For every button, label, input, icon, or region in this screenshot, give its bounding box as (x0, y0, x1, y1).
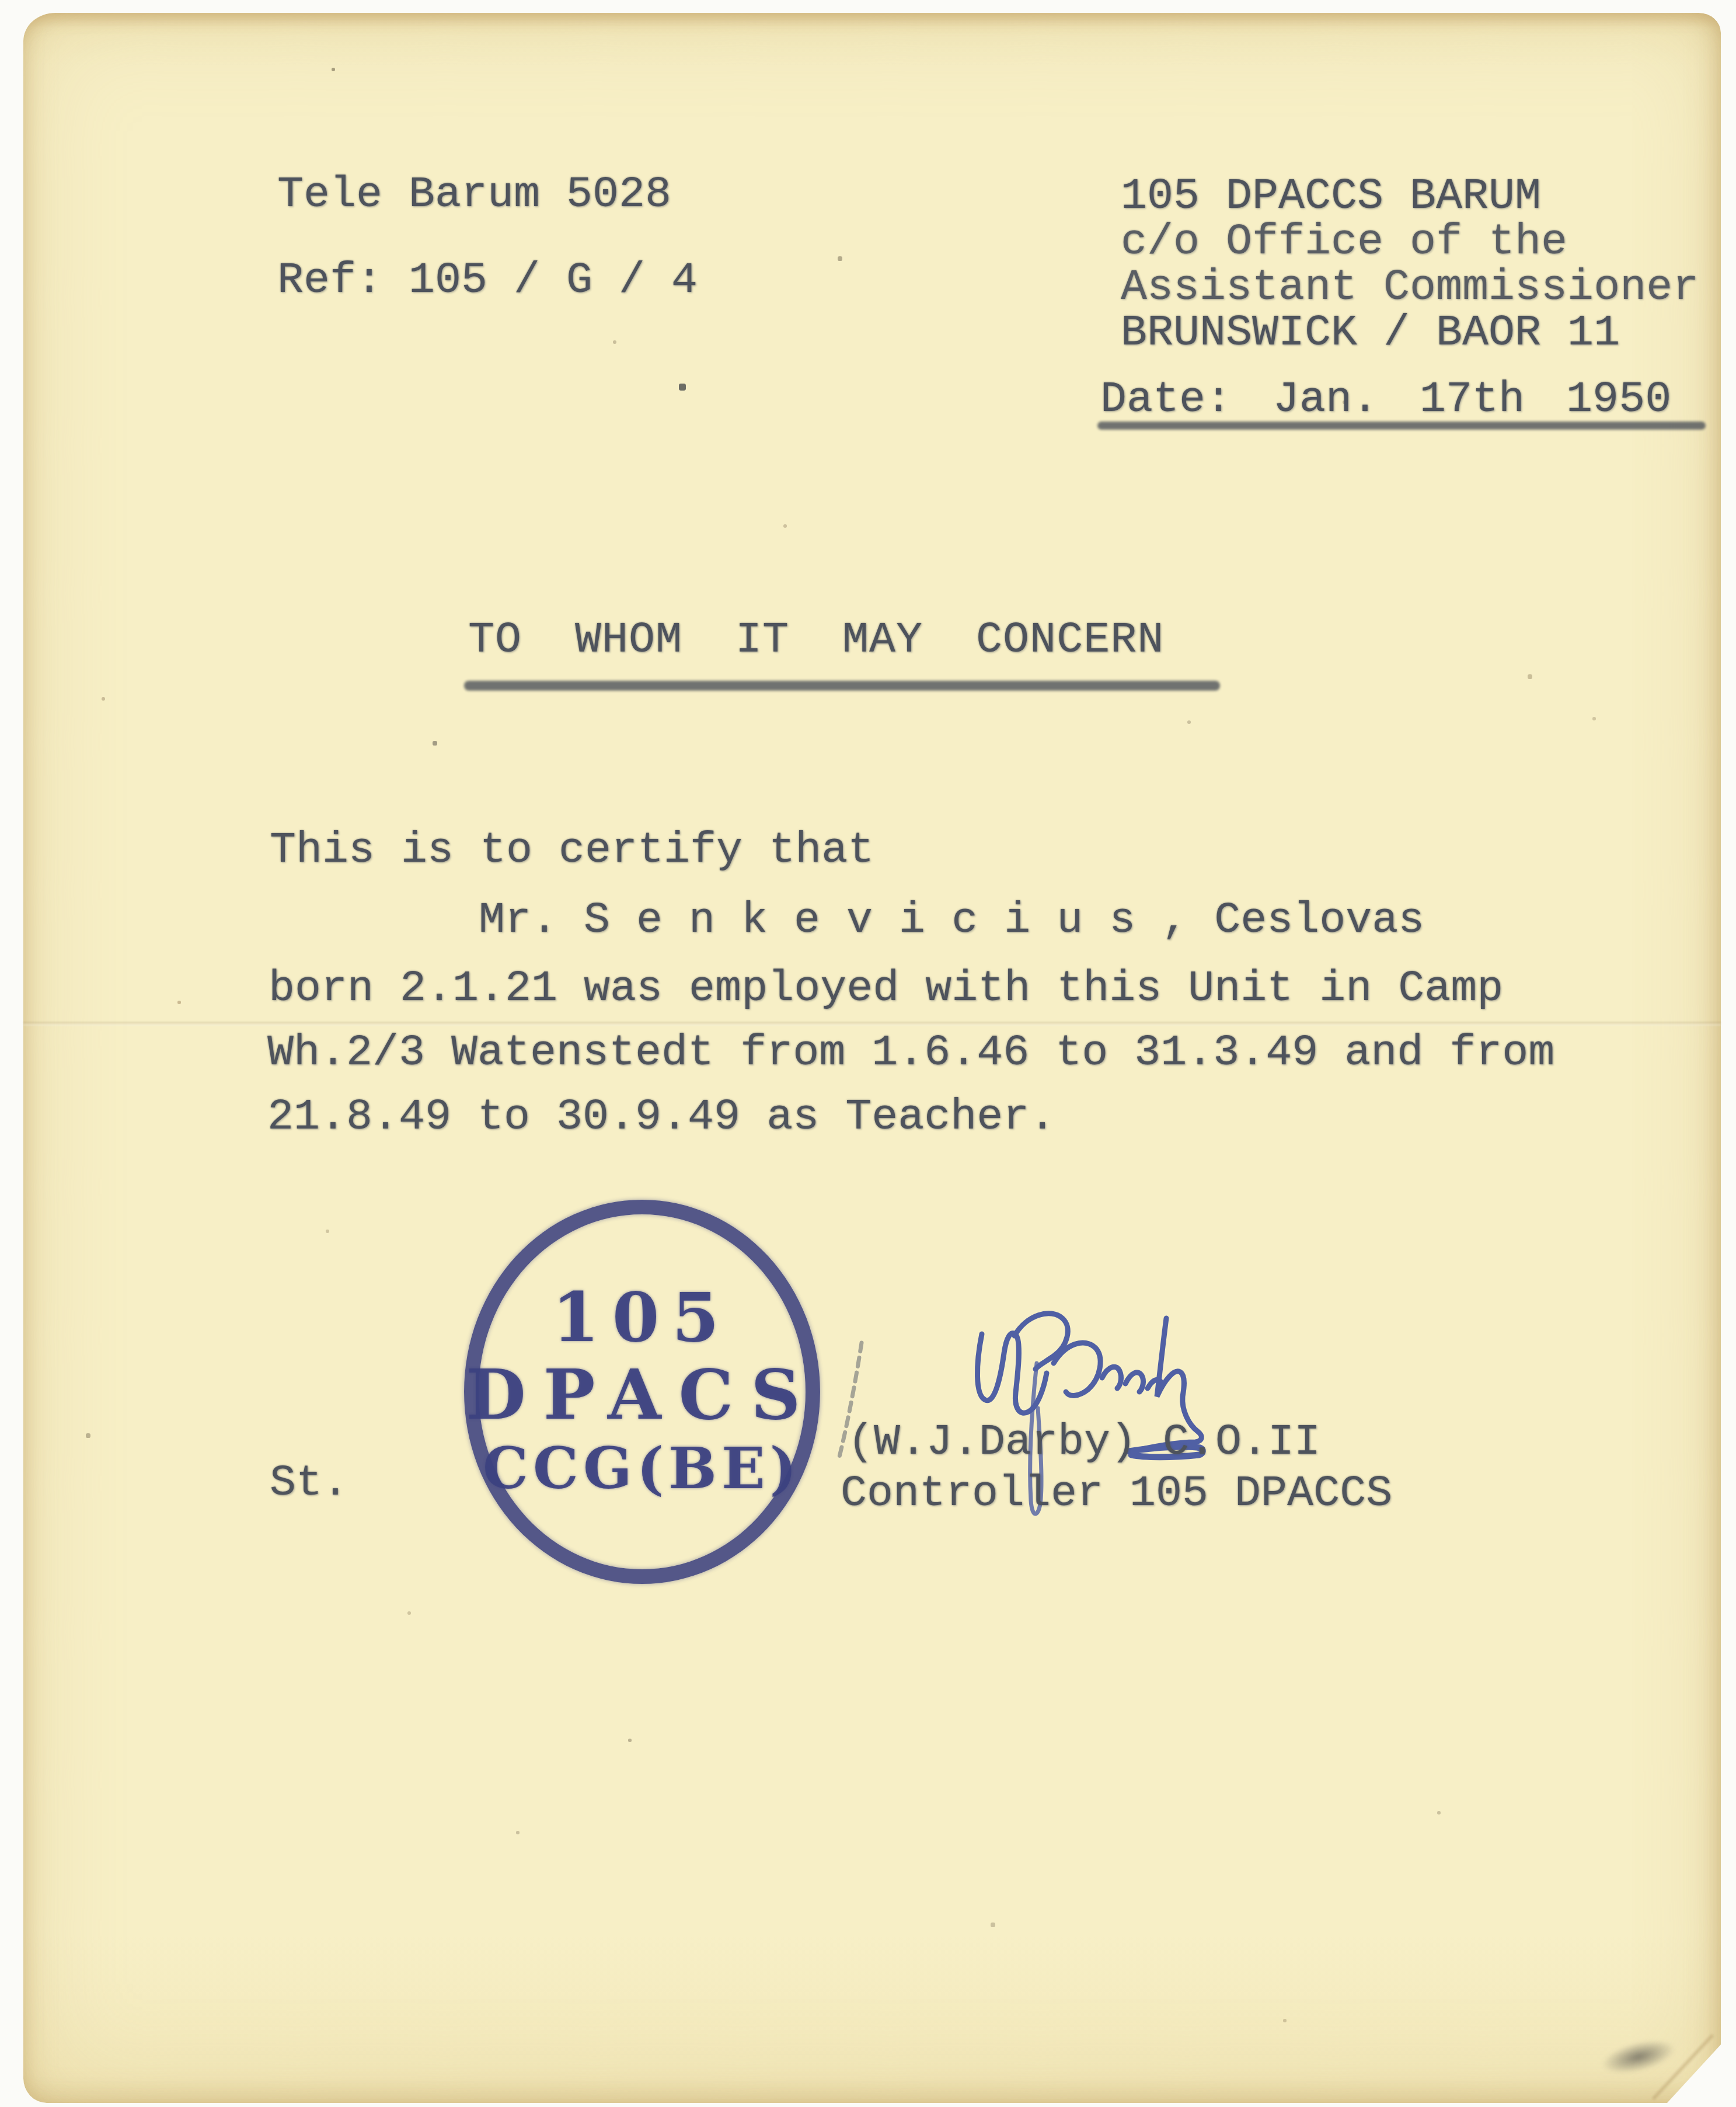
signer-title-line: Controller 105 DPACCS (841, 1471, 1392, 1517)
body-line-5: 21.8.49 to 30.9.49 as Teacher. (267, 1095, 1055, 1141)
stamp-number: 105 (552, 1281, 732, 1356)
body-line-1: This is to certify that (270, 828, 874, 874)
signer-name-line: (W.J.Darby) C.O.II (848, 1420, 1320, 1466)
title-underline (464, 681, 1220, 691)
horizontal-fold-crease (23, 1022, 1721, 1026)
paper-dust-specks (0, 0, 1, 1)
circular-unit-stamp: 105 DPACS CCG(BE) (464, 1200, 820, 1584)
stamp-unit: DPACS (466, 1355, 818, 1434)
address-line-3: BRUNSWICK / BAOR 11 (1121, 311, 1620, 357)
date-line: Date: Jan. 17th 1950 (1100, 377, 1671, 423)
scanned-certificate-page: Tele Barum 5028 Ref: 105 / G / 4 105 DPA… (0, 0, 1736, 2107)
page-title: TO WHOM IT MAY CONCERN (468, 618, 1164, 664)
body-line-3: born 2.1.21 was employed with this Unit … (269, 966, 1503, 1012)
body-line-2-name: Mr. S e n k e v i c i u s , Ceslovas (479, 898, 1424, 944)
date-underline (1097, 422, 1706, 430)
unit-name-line: 105 DPACCS BARUM (1121, 174, 1541, 220)
address-line-1: c/o Office of the (1121, 220, 1567, 266)
marginal-note: St. (270, 1461, 348, 1507)
stamp-org: CCG(BE) (483, 1434, 801, 1503)
reference-line: Ref: 105 / G / 4 (277, 258, 698, 304)
telephone-line: Tele Barum 5028 (277, 172, 671, 218)
address-line-2: Assistant Commissioner (1121, 265, 1699, 311)
body-line-4: Wh.2/3 Watenstedt from 1.6.46 to 31.3.49… (267, 1030, 1554, 1077)
